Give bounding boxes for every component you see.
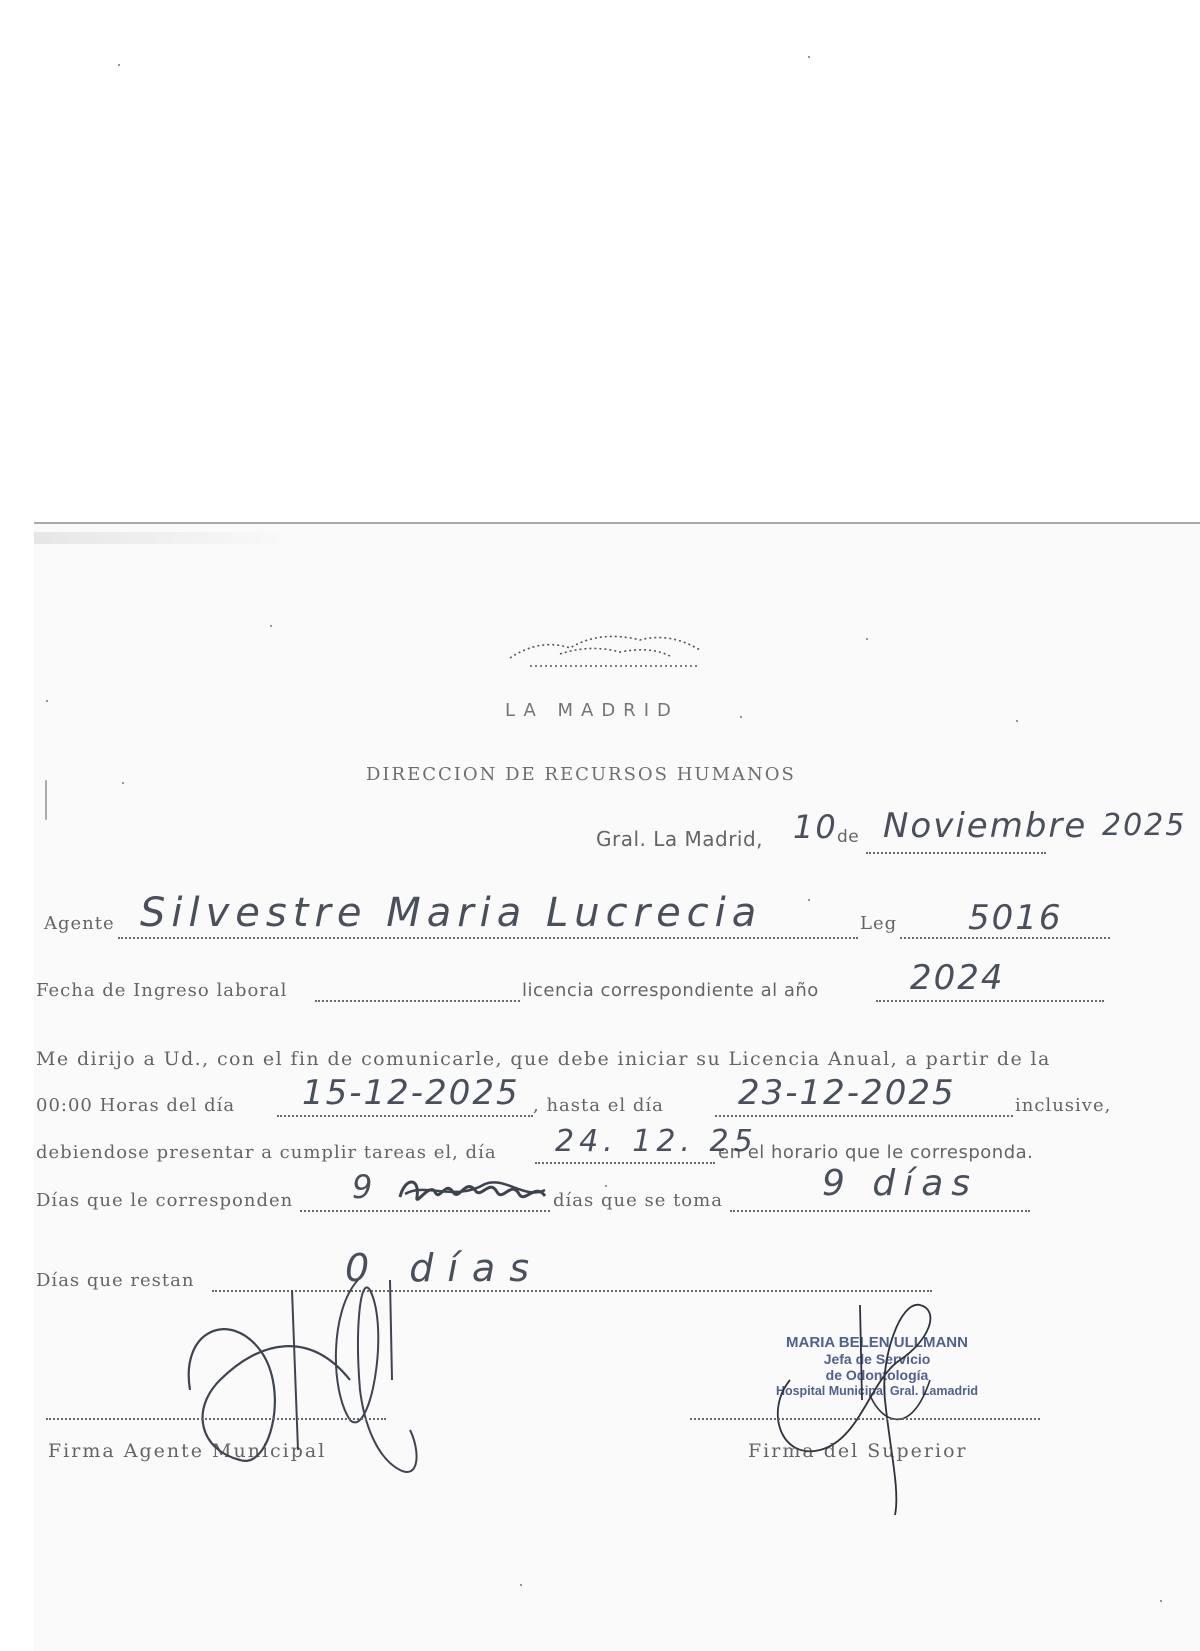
- license-year-dotted-line: [876, 1000, 1104, 1002]
- scan-speck: [1160, 1600, 1162, 1602]
- agent-dotted-line: [118, 937, 858, 939]
- days-taken-dotted-line: [730, 1210, 1030, 1212]
- agent-signature-line: [46, 1418, 386, 1420]
- scan-shadow: [34, 532, 294, 544]
- scan-speck: [808, 56, 810, 58]
- scan-speck: [605, 1185, 607, 1187]
- crossed-out-scribble-icon: [395, 1172, 555, 1212]
- license-year-label: licencia correspondiente al año: [522, 980, 819, 1001]
- agent-signature-label: Firma Agente Municipal: [48, 1440, 326, 1462]
- date-day: 10: [793, 808, 838, 846]
- days-corresponding-label: Días que le corresponden: [36, 1190, 293, 1211]
- license-year-value: 2024: [910, 958, 1005, 998]
- scan-speck: [866, 638, 868, 640]
- days-remaining-label: Días que restan: [36, 1270, 194, 1291]
- ingreso-label: Fecha de Ingreso laboral: [36, 980, 287, 1001]
- body-line-3-suffix: en el horario que le corresponda.: [718, 1142, 1033, 1163]
- scan-speck: [118, 64, 120, 66]
- agent-name: Silvestre Maria Lucrecia: [140, 890, 762, 936]
- end-date: 23-12-2025: [738, 1073, 956, 1113]
- return-date-dotted-line: [535, 1162, 715, 1164]
- municipality-logo-icon: [500, 618, 720, 678]
- agent-label: Agente: [44, 913, 115, 934]
- scan-speck: [270, 625, 272, 627]
- scan-speck: [808, 899, 810, 901]
- scan-speck: [1016, 720, 1018, 722]
- place-label: Gral. La Madrid,: [596, 827, 763, 851]
- municipality-logo-text: LA MADRID: [505, 700, 679, 721]
- scan-speck: [740, 716, 742, 718]
- body-line-2-suffix: inclusive,: [1015, 1095, 1111, 1116]
- superior-signature-icon: [760, 1300, 960, 1520]
- start-date: 15-12-2025: [302, 1073, 520, 1113]
- date-month: Noviembre: [883, 806, 1087, 846]
- agent-signature-icon: [180, 1270, 470, 1500]
- date-year: 2025: [1102, 808, 1186, 843]
- superior-signature-label: Firma del Superior: [748, 1440, 968, 1462]
- body-line-2-prefix: 00:00 Horas del día: [36, 1095, 235, 1116]
- days-taken-label: días que se toma: [553, 1190, 723, 1211]
- superior-signature-line: [690, 1418, 1040, 1420]
- scan-speck: [46, 700, 48, 702]
- ingreso-dotted-line: [315, 1000, 520, 1002]
- body-line-3-prefix: debiendose presentar a cumplir tareas el…: [36, 1142, 497, 1163]
- date-dotted-line: [866, 852, 1046, 854]
- legajo-number: 5016: [968, 898, 1063, 938]
- body-line-2-mid: , hasta el día: [533, 1095, 664, 1116]
- start-date-dotted-line: [277, 1115, 533, 1117]
- scan-speck: [520, 1584, 522, 1586]
- days-taken-value: 9 días: [822, 1163, 978, 1204]
- scan-mark: [45, 780, 47, 820]
- date-de-label: de: [837, 827, 859, 847]
- legajo-label: Leg: [860, 913, 897, 934]
- department-heading: DIRECCION DE RECURSOS HUMANOS: [366, 764, 796, 785]
- scan-speck: [122, 782, 124, 784]
- days-corresponding-value: 9: [352, 1168, 374, 1206]
- end-date-dotted-line: [715, 1115, 1013, 1117]
- body-line-1: Me dirijo a Ud., con el fin de comunicar…: [36, 1048, 1051, 1070]
